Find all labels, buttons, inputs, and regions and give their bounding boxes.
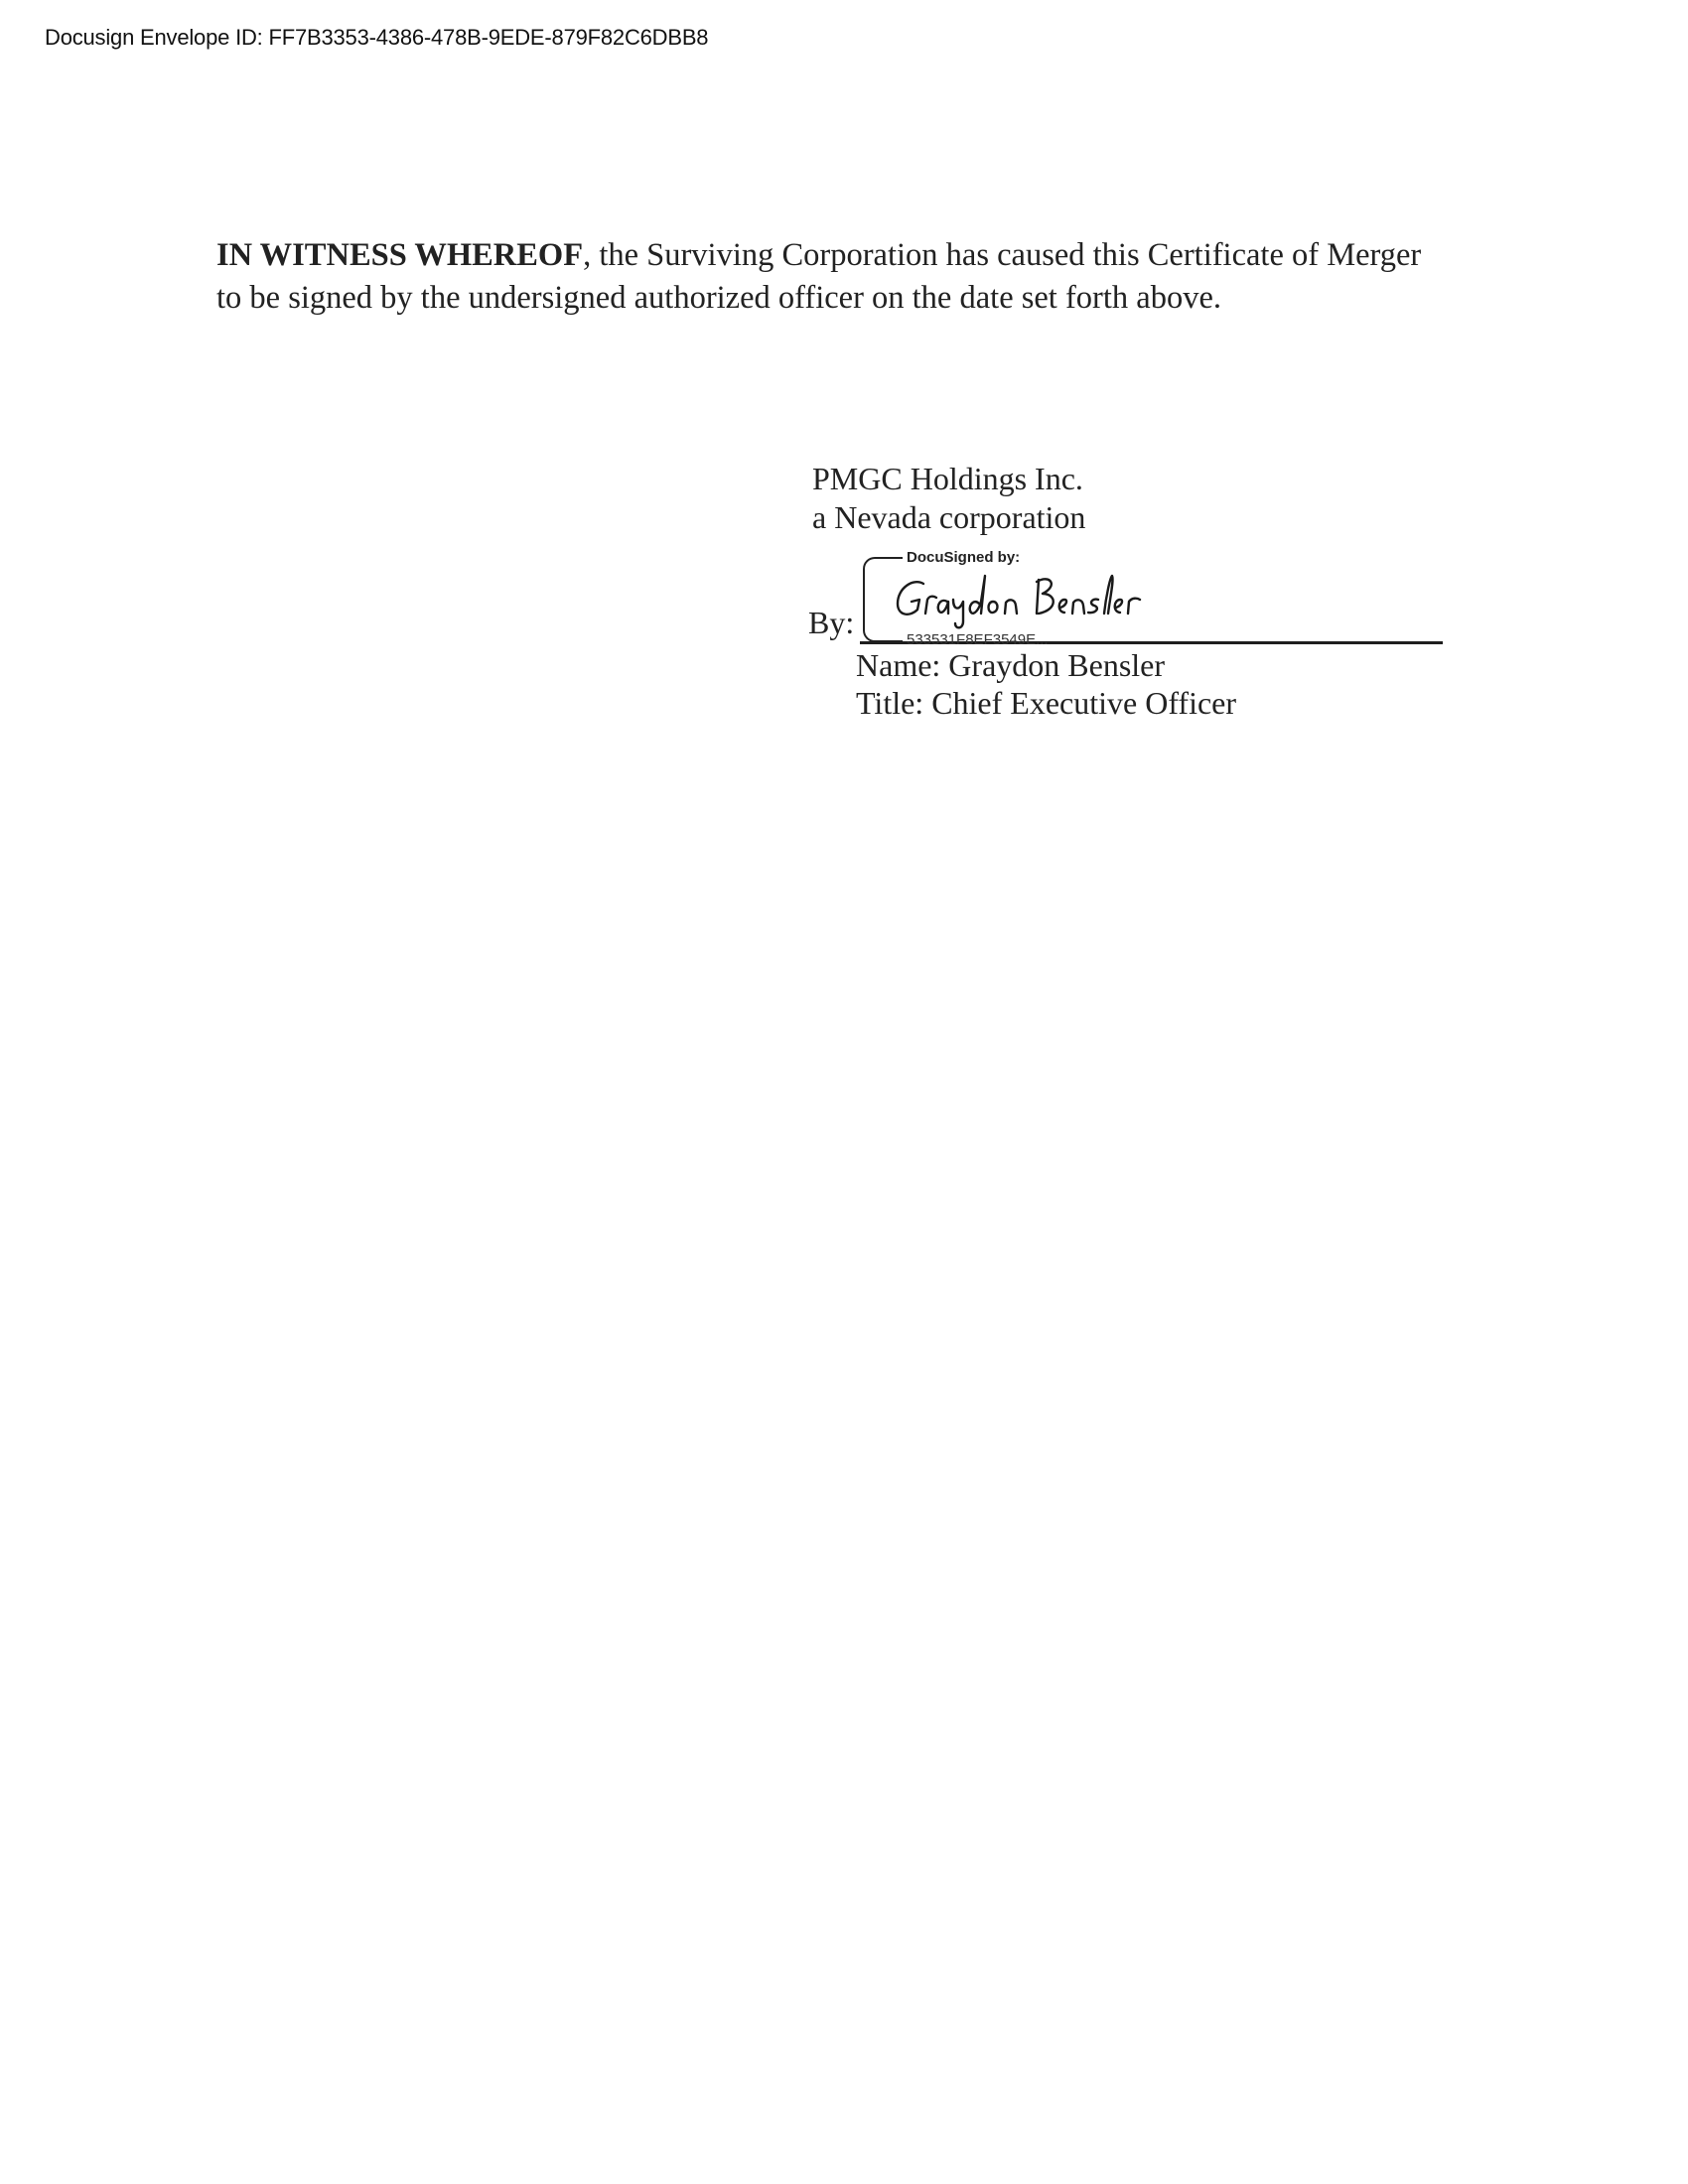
docusigned-by-label: DocuSigned by: xyxy=(907,549,1020,566)
witness-line-1-text: , the Surviving Corporation has caused t… xyxy=(583,237,1421,273)
witness-line-2: to be signed by the undersigned authoriz… xyxy=(216,277,1487,320)
docusign-envelope-id: Docusign Envelope ID: FF7B3353-4386-478B… xyxy=(45,25,708,51)
signer-title: Title: Chief Executive Officer xyxy=(856,683,1236,723)
by-label: By: xyxy=(808,603,854,642)
witness-paragraph: IN WITNESS WHEREOF, the Surviving Corpor… xyxy=(216,234,1487,320)
company-jurisdiction: a Nevada corporation xyxy=(812,497,1085,537)
witness-lead: IN WITNESS WHEREOF xyxy=(216,237,583,273)
signer-name: Name: Graydon Bensler xyxy=(856,645,1165,685)
witness-line-1: IN WITNESS WHEREOF, the Surviving Corpor… xyxy=(216,234,1487,277)
handwritten-signature xyxy=(890,566,1148,635)
company-name: PMGC Holdings Inc. xyxy=(812,459,1083,498)
